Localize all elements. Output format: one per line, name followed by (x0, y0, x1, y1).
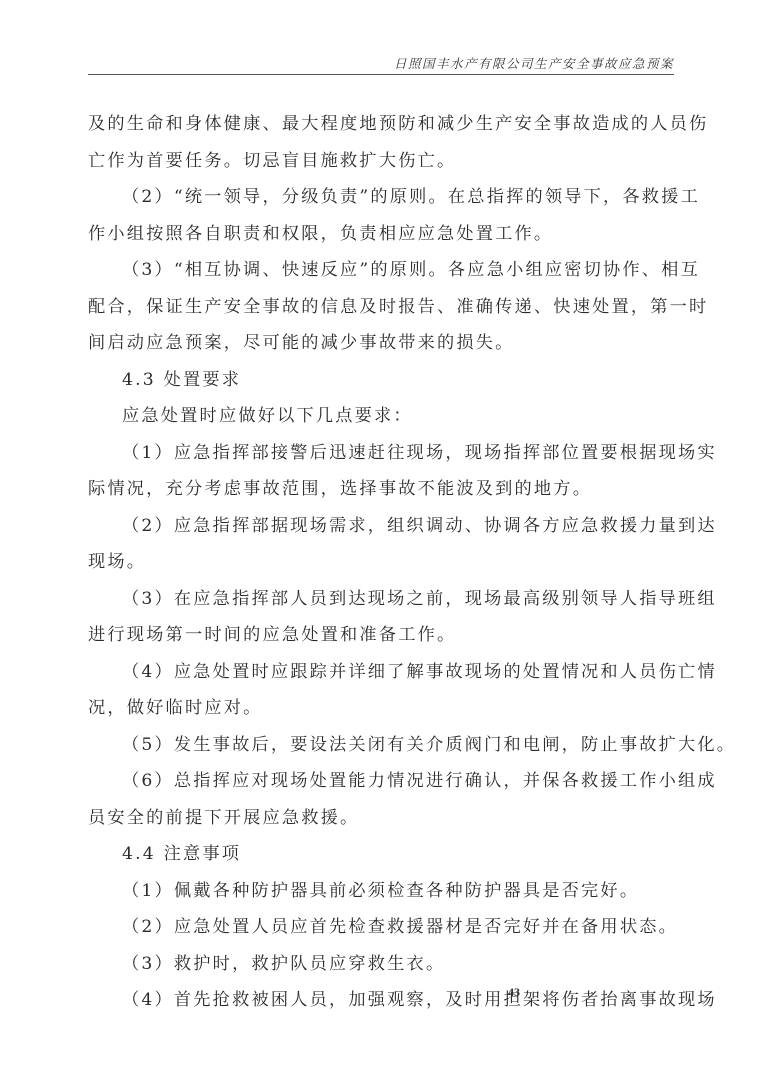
requirement-item-4: （4）应急处置时应跟踪并详细了解事故现场的处置情况和人员伤亡情 (88, 654, 674, 691)
page-header: 日照国丰水产有限公司生产安全事故应急预案 (88, 52, 674, 75)
principle-item-3: （3）“相互协调、快速反应”的原则。各应急小组应密切协作、相互 (88, 252, 674, 289)
notice-item-3: （3）救护时，救护队员应穿救生衣。 (88, 946, 674, 983)
requirement-item-2: （2）应急指挥部据现场需求，组织调动、协调各方应急救援力量到达 (88, 508, 674, 545)
notice-item-2: （2）应急处置人员应首先检查救援器材是否完好并在备用状态。 (88, 909, 674, 946)
principle-item-2: （2）“统一领导，分级负责”的原则。在总指挥的领导下，各救援工 (88, 179, 674, 216)
body-line: 作小组按照各自职责和权限，负责相应应急处置工作。 (88, 216, 674, 253)
body-line: 员安全的前提下开展应急救援。 (88, 800, 674, 837)
body-line: 间启动应急预案，尽可能的减少事故带来的损失。 (88, 325, 674, 362)
body-line: 进行现场第一时间的应急处置和准备工作。 (88, 617, 674, 654)
section-heading-4-3: 4.3 处置要求 (88, 362, 674, 399)
body-line: 际情况，充分考虑事故范围，选择事故不能波及到的地方。 (88, 471, 674, 508)
requirement-item-6: （6）总指挥应对现场处置能力情况进行确认，并保各救援工作小组成 (88, 763, 674, 800)
requirement-item-3: （3）在应急指挥部人员到达现场之前，现场最高级别领导人指导班组 (88, 581, 674, 618)
body-line: 亡作为首要任务。切忌盲目施救扩大伤亡。 (88, 143, 674, 180)
body-line: 配合，保证生产安全事故的信息及时报告、准确传递、快速处置，第一时 (88, 289, 674, 326)
document-body: 及的生命和身体健康、最大程度地预防和减少生产安全事故造成的人员伤 亡作为首要任务… (88, 106, 674, 1019)
page-number: 43 (0, 985, 762, 1000)
notice-item-1: （1）佩戴各种防护器具前必须检查各种防护器具是否完好。 (88, 873, 674, 910)
body-line: 及的生命和身体健康、最大程度地预防和减少生产安全事故造成的人员伤 (88, 106, 674, 143)
body-line: 现场。 (88, 544, 674, 581)
body-line: 况，做好临时应对。 (88, 690, 674, 727)
requirement-item-5: （5）发生事故后，要设法关闭有关介质阀门和电闸，防止事故扩大化。 (88, 727, 674, 764)
section-intro: 应急处置时应做好以下几点要求： (88, 398, 674, 435)
header-title: 日照国丰水产有限公司生产安全事故应急预案 (394, 56, 674, 71)
requirement-item-1: （1）应急指挥部接警后迅速赶往现场，现场指挥部位置要根据现场实 (88, 435, 674, 472)
document-page: 日照国丰水产有限公司生产安全事故应急预案 及的生命和身体健康、最大程度地预防和减… (0, 0, 762, 1080)
section-heading-4-4: 4.4 注意事项 (88, 836, 674, 873)
